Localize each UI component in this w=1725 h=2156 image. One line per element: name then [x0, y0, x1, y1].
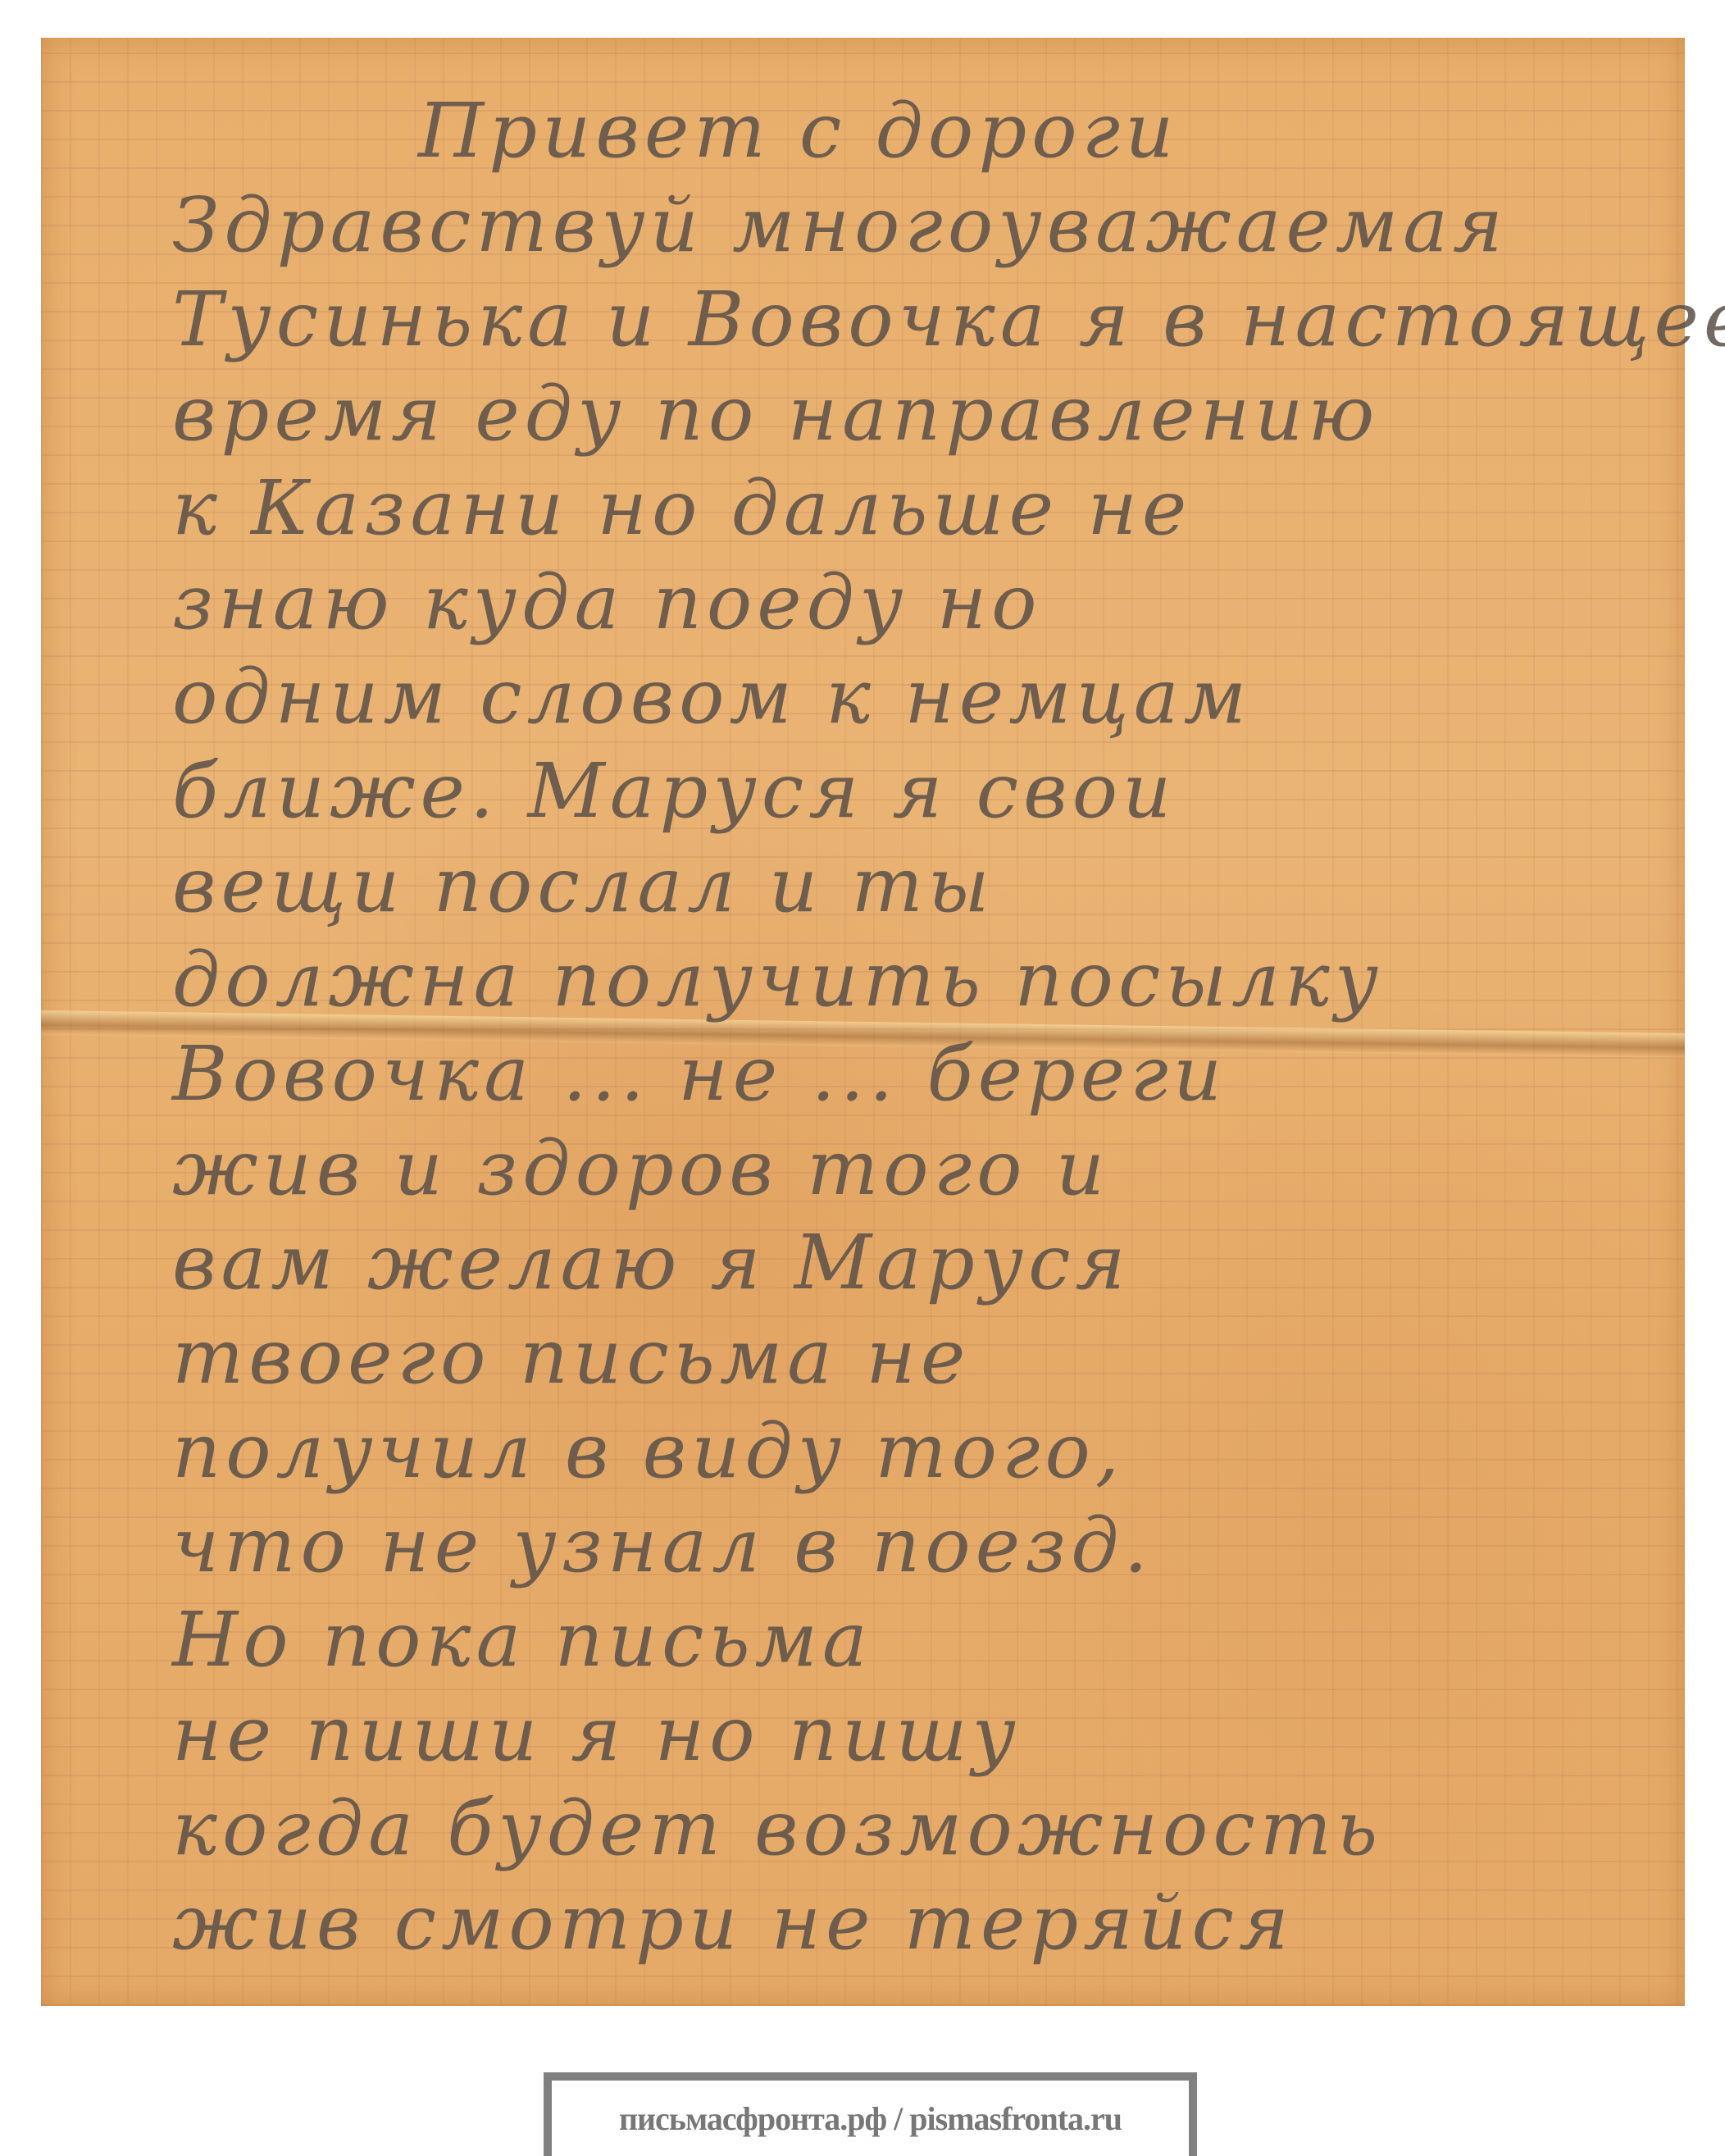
letter-line: Тусинька и Вовочка я в настоящее [172, 276, 1725, 363]
letter-paper: Привет с дороги Здравствуй многоуважаема… [41, 38, 1685, 2006]
letter-line: твоего письма не [172, 1313, 970, 1401]
letter-line: вещи послал и ты [172, 841, 994, 929]
letter-line: Вовочка ... не ... береги [172, 1030, 1227, 1118]
letter-line: время еду по направлению [172, 370, 1379, 458]
letter-line: Здравствуй многоуважаемая [172, 181, 1508, 269]
letter-line: что не узнал в поезд. [172, 1502, 1153, 1589]
letter-line: к Казани но дальше не [172, 464, 1191, 552]
letter-line: знаю куда поеду но [172, 558, 1042, 646]
source-watermark: письмасфронта.рф / pismasfronta.ru [544, 2072, 1197, 2156]
letter-line: жив смотри не теряйся [172, 1879, 1294, 1967]
letter-line: когда будет возможность [172, 1785, 1382, 1872]
letter-line: вам желаю я Маруся [172, 1219, 1131, 1306]
letter-line: одним словом к немцам [172, 653, 1251, 741]
letter-line: получил в виду того, [172, 1407, 1124, 1495]
watermark-text: письмасфронта.рф / pismasfronta.ru [619, 2099, 1122, 2138]
letter-line: не пиши я но пишу [172, 1690, 1021, 1778]
letter-line: Но пока письма [172, 1596, 872, 1684]
letter-line-heading: Привет с дороги [418, 87, 1178, 175]
letter-line: должна получить посылку [172, 936, 1383, 1023]
letter-line: ближе. Маруся я свои [172, 747, 1176, 835]
letter-line: жив и здоров того и [172, 1124, 1109, 1212]
